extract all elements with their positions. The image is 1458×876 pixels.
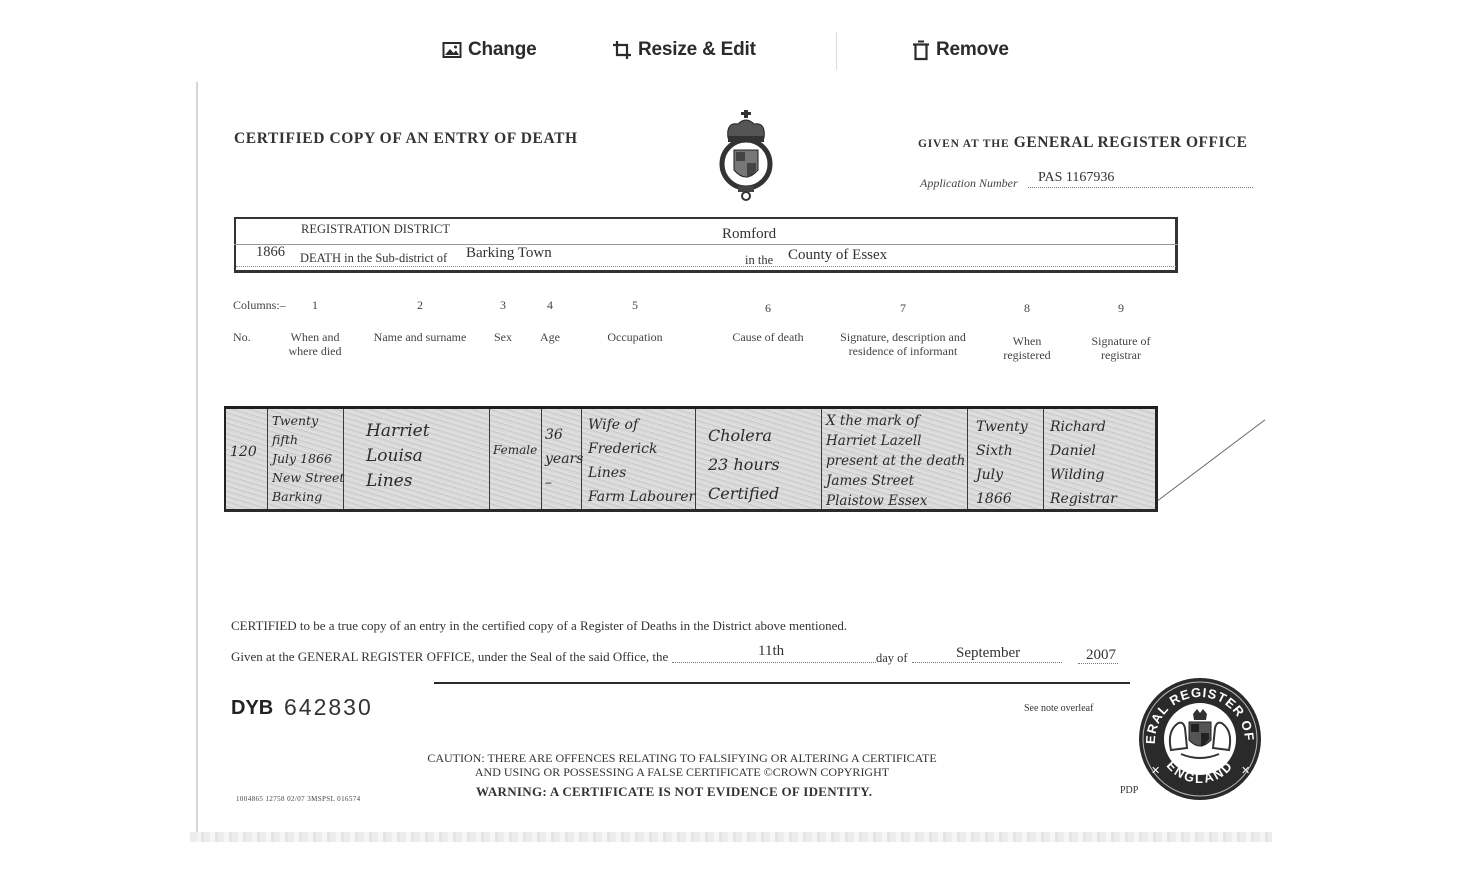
scan-edge-bottom <box>190 832 1272 842</box>
register-entry-row: 120 TwentyfifthJuly 1866New StreetBarkin… <box>224 406 1158 512</box>
column-number: 4 <box>547 298 553 313</box>
crop-icon <box>612 40 632 60</box>
entry-informant: X the mark ofHarriet Lazellpresent at th… <box>826 411 965 511</box>
entry-age: 36years– <box>545 423 583 495</box>
entry-cell-occupation: Wife ofFrederickLinesFarm Labourer <box>582 409 696 509</box>
column-number: 5 <box>632 298 638 313</box>
handwritten-line: Female <box>493 441 537 459</box>
entry-when-where: TwentyfifthJuly 1866New StreetBarking <box>272 411 344 506</box>
change-image-button[interactable]: Change <box>442 34 536 66</box>
pdp-mark: PDP <box>1120 785 1138 796</box>
svg-text:✕: ✕ <box>1241 765 1250 777</box>
remove-label: Remove <box>936 39 1009 61</box>
change-label: Change <box>468 39 536 61</box>
registration-district: Romford <box>722 226 776 243</box>
issue-year: 2007 <box>1086 647 1116 664</box>
handwritten-line: James Street <box>826 471 965 491</box>
handwritten-line: Richard <box>1050 415 1117 439</box>
column-heading: Occupation <box>607 330 662 344</box>
print-code: 1004865 12758 02/07 3MSPSL 016574 <box>236 795 361 803</box>
handwritten-line: Registrar <box>1050 487 1117 511</box>
day-of-label: day of <box>876 651 908 666</box>
column-number: 3 <box>500 298 506 313</box>
entry-name: HarrietLouisaLines <box>366 419 430 494</box>
entry-sex: Female <box>493 441 537 459</box>
month-dotted-line <box>912 662 1062 663</box>
see-note-overleaf: See note overleaf <box>1024 703 1093 714</box>
handwritten-line: Lines <box>588 461 695 485</box>
image-toolbar: Change Resize & Edit Remove <box>0 0 1458 84</box>
given-statement: Given at the GENERAL REGISTER OFFICE, un… <box>231 649 668 665</box>
given-at-heading: GIVEN AT THE GENERAL REGISTER OFFICE <box>918 134 1248 152</box>
warning-text: WARNING: A CERTIFICATE IS NOT EVIDENCE O… <box>476 784 872 800</box>
application-number-label: Application Number <box>920 176 1018 191</box>
application-number-dotted-line <box>1028 187 1253 188</box>
handwritten-line: 23 hours <box>708 450 780 479</box>
application-number: PAS 1167936 <box>1038 170 1114 186</box>
handwritten-line: years <box>545 447 583 471</box>
handwritten-line: present at the death <box>826 451 965 471</box>
entry-registrar: RichardDanielWildingRegistrar <box>1050 415 1117 511</box>
issue-month: September <box>956 645 1020 662</box>
column-number: 2 <box>417 298 423 313</box>
entry-cell-sex: Female <box>490 409 542 509</box>
svg-text:✕: ✕ <box>1151 765 1160 777</box>
handwritten-line: July 1866 <box>272 449 344 468</box>
resize-edit-label: Resize & Edit <box>638 39 756 61</box>
royal-crest-icon <box>716 108 776 202</box>
column-heading: Sex <box>494 330 512 344</box>
columns-caption: Columns:– <box>233 298 286 313</box>
entry-cell-age: 36years– <box>542 409 582 509</box>
subdistrict: Barking Town <box>466 245 552 262</box>
registration-divider <box>234 244 1178 245</box>
caution-text: CAUTION: THERE ARE OFFENCES RELATING TO … <box>426 751 938 779</box>
column-number: 6 <box>765 301 771 316</box>
handwritten-line: New Street <box>272 468 344 487</box>
column-number: 8 <box>1024 301 1030 316</box>
image-icon <box>442 41 462 59</box>
column-heading: Signature, description andresidence of i… <box>840 330 966 358</box>
handwritten-line: X the mark of <box>826 411 965 431</box>
entry-cell-registrar: RichardDanielWildingRegistrar <box>1044 409 1155 509</box>
handwritten-line: Louisa <box>366 444 430 469</box>
entry-registered: TwentySixthJuly1866 <box>976 415 1028 511</box>
handwritten-line: Twenty <box>976 415 1028 439</box>
entry-no: 120 <box>230 443 257 461</box>
handwritten-line: Certified <box>708 479 780 508</box>
handwritten-line: Plaistow Essex <box>826 491 965 511</box>
handwritten-line: Harriet Lazell <box>826 431 965 451</box>
entry-occupation: Wife ofFrederickLinesFarm Labourer <box>588 413 695 509</box>
column-heading: Cause of death <box>732 330 803 344</box>
in-the-label: in the <box>745 253 773 268</box>
handwritten-line: Lines <box>366 469 430 494</box>
column-heading: Whenregistered <box>1003 334 1050 362</box>
handwritten-line: – <box>545 471 583 495</box>
handwritten-line: Harriet <box>366 419 430 444</box>
handwritten-line: Daniel <box>1050 439 1117 463</box>
handwritten-line: fifth <box>272 430 344 449</box>
resize-edit-button[interactable]: Resize & Edit <box>612 34 756 66</box>
entry-cell-no: 120 <box>226 409 268 509</box>
entry-cell-informant: X the mark ofHarriet Lazellpresent at th… <box>822 409 968 509</box>
entry-cause: Cholera23 hoursCertified <box>708 421 780 508</box>
handwritten-line: Farm Labourer <box>588 485 695 509</box>
handwritten-line: 1866 <box>976 487 1028 511</box>
column-number: 1 <box>312 298 318 313</box>
column-number: 7 <box>900 301 906 316</box>
handwritten-line: Wilding <box>1050 463 1117 487</box>
toolbar-divider <box>836 32 837 70</box>
entry-cell-registered: TwentySixthJuly1866 <box>968 409 1044 509</box>
column-heading: Name and surname <box>374 330 467 344</box>
entry-cell-name: HarrietLouisaLines <box>344 409 490 509</box>
serial-number: 642830 <box>284 694 373 721</box>
column-number: 9 <box>1118 301 1124 316</box>
column-heading: Age <box>540 330 560 344</box>
registration-year: 1866 <box>256 244 285 261</box>
column-heading: When andwhere died <box>289 330 342 358</box>
registration-dotted-line <box>236 266 1176 267</box>
entry-cell-when-where: TwentyfifthJuly 1866New StreetBarking <box>268 409 344 509</box>
handwritten-line: Frederick <box>588 437 695 461</box>
handwritten-line: Barking <box>272 487 344 506</box>
handwritten-line: Wife of <box>588 413 695 437</box>
entry-cell-cause: Cholera23 hoursCertified <box>696 409 822 509</box>
handwritten-line: Cholera <box>708 421 780 450</box>
scan-edge <box>196 82 198 840</box>
trash-icon <box>912 40 930 61</box>
signature-rule <box>434 682 1130 684</box>
subdistrict-label: DEATH in the Sub-district of <box>300 251 447 266</box>
certified-statement: CERTIFIED to be a true copy of an entry … <box>231 618 847 634</box>
handwritten-line: July <box>976 463 1028 487</box>
handwritten-line: Twenty <box>272 411 344 430</box>
general-register-office-seal-icon: GENERAL REGISTER OFFICE ENGLAND ✕ ✕ <box>1137 676 1263 802</box>
issue-day: 11th <box>758 643 784 660</box>
column-heading: Signature ofregistrar <box>1092 334 1151 362</box>
day-dotted-line <box>672 662 876 663</box>
given-at-office: GENERAL REGISTER OFFICE <box>1014 134 1248 151</box>
handwritten-line: Sixth <box>976 439 1028 463</box>
given-at-prefix: GIVEN AT THE <box>918 138 1009 150</box>
certificate-title: CERTIFIED COPY OF AN ENTRY OF DEATH <box>234 130 578 148</box>
county: County of Essex <box>788 247 887 264</box>
serial-prefix: DYB <box>231 697 273 720</box>
registration-district-label: REGISTRATION DISTRICT <box>301 222 450 237</box>
handwritten-line: 36 <box>545 423 583 447</box>
column-no-label: No. <box>233 330 251 345</box>
remove-image-button[interactable]: Remove <box>912 34 1009 66</box>
